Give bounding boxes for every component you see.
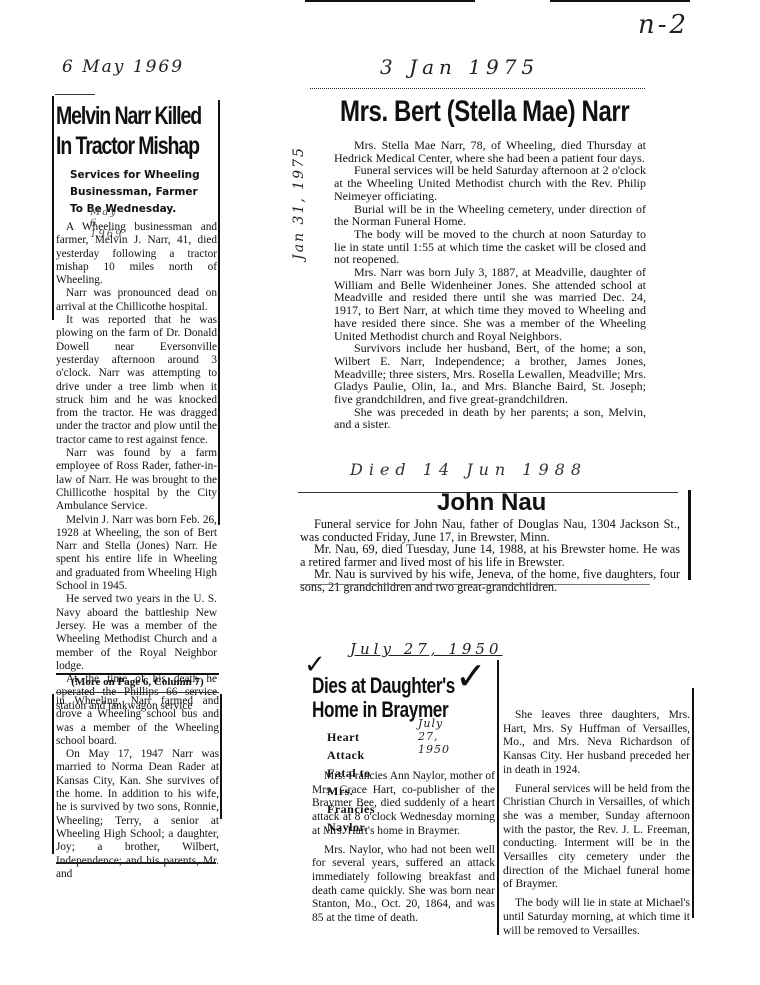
paragraph: A Wheeling businessman and farmer, Melvi…: [56, 221, 217, 287]
handwritten-side-note: Jan 31, 1975: [291, 146, 307, 260]
article-body: Mrs. Stella Mae Narr, 78, of Wheeling, d…: [334, 139, 646, 431]
handwritten-date-inline: July 27, 1950: [418, 717, 450, 756]
paragraph: She leaves three daughters, Mrs. Hart, M…: [503, 709, 690, 778]
divider: [56, 673, 219, 675]
subheadline-line: Businessman, Farmer: [70, 184, 220, 201]
paragraph: Mr. Nau, 69, died Tuesday, June 14, 1988…: [300, 543, 680, 568]
handwritten-date: Died 14 Jun 1988: [350, 460, 587, 479]
paragraph: It was reported that he was plowing on t…: [56, 314, 217, 447]
paragraph: Mrs. Narr was born July 3, 1887, at Mead…: [334, 266, 646, 342]
paragraph: Mr. Nau is survived by his wife, Jeneva,…: [300, 568, 680, 593]
clip-edge: [497, 660, 499, 935]
clip-edge: [52, 96, 54, 320]
paragraph: She was preceded in death by her parents…: [334, 406, 646, 431]
paragraph: Narr was pronounced dead on arrival at t…: [56, 287, 217, 314]
paragraph: He served two years in the U. S. Navy ab…: [56, 593, 217, 673]
headline-line: Dies at Daughter's: [312, 674, 455, 698]
paragraph: Funeral services will be held Saturday a…: [334, 164, 646, 202]
page-annotation: n-2: [638, 10, 689, 40]
article-column: A Wheeling businessman and farmer, Melvi…: [56, 221, 217, 713]
divider: [56, 862, 216, 864]
divider: [55, 94, 95, 95]
scan-edge-line: [550, 0, 690, 2]
paragraph: Mrs. Naylor, who had not been well for s…: [312, 844, 495, 926]
headline: Mrs. Bert (Stella Mae) Narr: [340, 95, 629, 129]
paragraph: Funeral services will be held from the C…: [503, 783, 690, 893]
paragraph: Melvin J. Narr was born Feb. 26, 1928 at…: [56, 514, 217, 594]
clip-edge: [692, 688, 694, 918]
paragraph: Mrs. Francies Ann Naylor, mother of Mrs.…: [312, 770, 495, 839]
article-column: Mrs. Francies Ann Naylor, mother of Mrs.…: [312, 770, 495, 931]
headline: Melvin Narr Killed In Tractor Mishap: [56, 101, 242, 161]
handwritten-date: 6 May 1969: [62, 57, 184, 77]
paragraph: Narr was found by a farm employee of Ros…: [56, 447, 217, 513]
paragraph: in Wheeling. Narr farmed and drove a Whe…: [56, 695, 219, 748]
paragraph: Survivors include her husband, Bert, of …: [334, 342, 646, 406]
handwritten-date: 3 Jan 1975: [380, 55, 539, 79]
clip-edge: [688, 490, 691, 580]
headline: Dies at Daughter's Home in Braymer: [312, 674, 495, 722]
clip-edge: [218, 100, 220, 525]
divider: [310, 88, 645, 89]
continued-note: (More on Page 6, Column 7): [56, 676, 219, 688]
headline-line: In Tractor Mishap: [56, 131, 201, 161]
divider: [300, 584, 650, 585]
subheadline-line: Services for Wheeling: [70, 167, 220, 184]
headline: John Nau: [437, 489, 546, 517]
article-body: Funeral service for John Nau, father of …: [300, 518, 680, 594]
scan-edge-line: [305, 0, 475, 2]
paragraph: Burial will be in the Wheeling cemetery,…: [334, 203, 646, 228]
divider: [56, 692, 219, 693]
paragraph: Mrs. Stella Mae Narr, 78, of Wheeling, d…: [334, 139, 646, 164]
paragraph: The body will be moved to the church at …: [334, 228, 646, 266]
headline-line: Melvin Narr Killed: [56, 101, 201, 131]
article-column: She leaves three daughters, Mrs. Hart, M…: [503, 709, 690, 943]
paragraph: The body will lie in state at Michael's …: [503, 897, 690, 938]
clip-edge: [220, 694, 222, 819]
clip-edge: [52, 694, 54, 854]
article-column: in Wheeling. Narr farmed and drove a Whe…: [56, 695, 219, 881]
paragraph: Funeral service for John Nau, father of …: [300, 518, 680, 543]
